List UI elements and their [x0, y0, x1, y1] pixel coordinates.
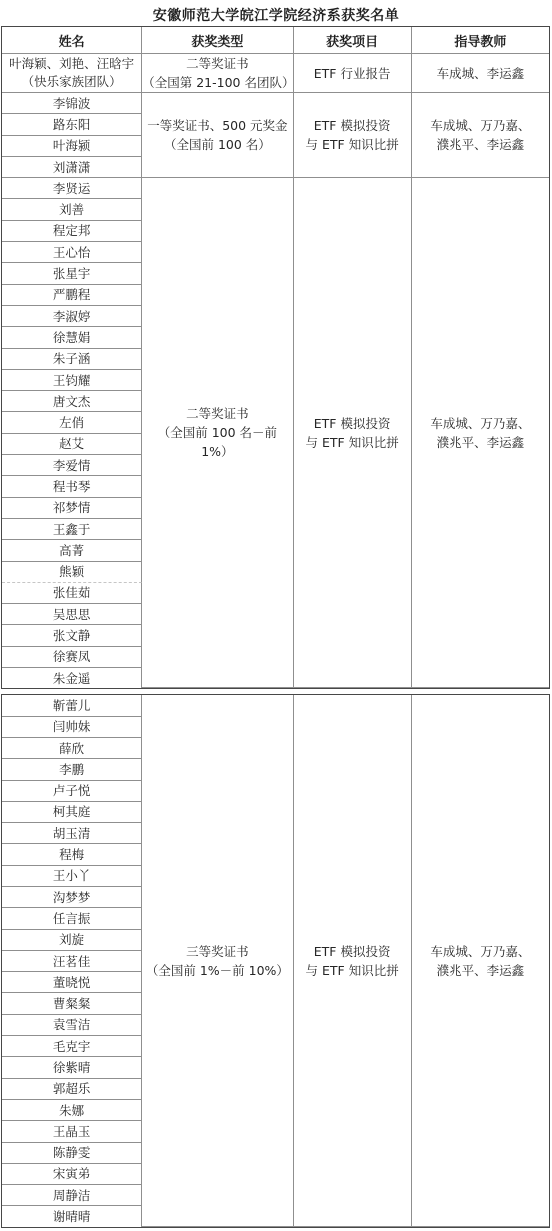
student-name-cell: 郭超乐: [2, 1079, 142, 1100]
advisors-cell: 车成城、万乃嘉、 濮兆平、李运鑫: [412, 695, 549, 1226]
student-name-cell: 高菁: [2, 540, 142, 561]
student-row: 靳蕾儿三等奖证书 （全国前 1%－前 10%）ETF 模拟投资 与 ETF 知识…: [2, 695, 549, 716]
student-name-cell: 宋寅弟: [2, 1164, 142, 1185]
student-name-cell: 程书琴: [2, 476, 142, 497]
student-name-cell: 薛欣: [2, 738, 142, 759]
column-header-0: 姓名: [2, 27, 142, 54]
page-title: 安徽师范大学皖江学院经济系获奖名单: [0, 0, 552, 26]
student-name-cell: 王钧耀: [2, 370, 142, 391]
student-name-cell: 朱娜: [2, 1100, 142, 1121]
student-name-cell: 刘潇潇: [2, 157, 142, 178]
student-name-cell: 谢晴晴: [2, 1206, 142, 1226]
student-name-cell: 唐文杰: [2, 391, 142, 412]
student-name-cell: 靳蕾儿: [2, 695, 142, 716]
student-name-cell: 路东阳: [2, 114, 142, 135]
award-type-cell: 二等奖证书 （全国第 21-100 名团队）: [142, 54, 293, 93]
student-name-cell: 李贤运: [2, 178, 142, 199]
student-name-cell: 王心怡: [2, 242, 142, 263]
student-name-cell: 徐赛凤: [2, 647, 142, 668]
column-header-3: 指导教师: [412, 27, 549, 54]
student-name-cell: 周静洁: [2, 1185, 142, 1206]
student-name-cell: 祁梦情: [2, 498, 142, 519]
student-name-cell: 任言振: [2, 908, 142, 929]
student-name-cell: 曹粲粲: [2, 993, 142, 1014]
awards-table-section-2-frame: 靳蕾儿三等奖证书 （全国前 1%－前 10%）ETF 模拟投资 与 ETF 知识…: [1, 694, 550, 1227]
table-body-page-2: 靳蕾儿三等奖证书 （全国前 1%－前 10%）ETF 模拟投资 与 ETF 知识…: [2, 695, 549, 1226]
student-row: 李贤运二等奖证书 （全国前 100 名－前 1%）ETF 模拟投资 与 ETF …: [2, 178, 549, 199]
student-name-cell: 王小丫: [2, 866, 142, 887]
student-name-cell: 袁雪洁: [2, 1015, 142, 1036]
column-header-1: 获奖类型: [142, 27, 293, 54]
student-name-cell: 叶海颍: [2, 136, 142, 157]
student-name-cell: 汪茗佳: [2, 951, 142, 972]
column-header-2: 获奖项目: [294, 27, 412, 54]
student-name-cell: 赵艾: [2, 434, 142, 455]
awards-table-section-1-frame: 姓名获奖类型获奖项目指导教师 叶海颖、刘艳、汪晗宇 （快乐家族团队）二等奖证书 …: [1, 26, 550, 689]
student-name-cell: 熊颖: [2, 562, 142, 583]
award-type-cell: 三等奖证书 （全国前 1%－前 10%）: [142, 695, 293, 1226]
table-body-page-1: 叶海颖、刘艳、汪晗宇 （快乐家族团队）二等奖证书 （全国第 21-100 名团队…: [2, 54, 549, 688]
student-name-cell: 陈静雯: [2, 1143, 142, 1164]
student-name-cell: 卢子悦: [2, 781, 142, 802]
advisors-cell: 车成城、万乃嘉、 濮兆平、李运鑫: [412, 93, 549, 178]
student-name-cell: 刘善: [2, 199, 142, 220]
award-project-cell: ETF 行业报告: [294, 54, 412, 93]
header-row: 姓名获奖类型获奖项目指导教师: [2, 27, 549, 54]
advisors-cell: 车成城、李运鑫: [412, 54, 549, 93]
student-name-cell: 闫帅妹: [2, 717, 142, 738]
student-name-cell: 左俏: [2, 412, 142, 433]
award-project-cell: ETF 模拟投资 与 ETF 知识比拼: [294, 695, 412, 1226]
student-name-cell: 胡玉清: [2, 823, 142, 844]
student-name-cell: 王晶玉: [2, 1121, 142, 1142]
student-name-cell: 徐紫晴: [2, 1057, 142, 1078]
student-name-cell: 李鹏: [2, 759, 142, 780]
award-type-cell: 二等奖证书 （全国前 100 名－前 1%）: [142, 178, 293, 688]
student-name-cell: 李淑婷: [2, 306, 142, 327]
student-name-cell: 程定邦: [2, 221, 142, 242]
student-name-cell: 程梅: [2, 844, 142, 865]
document-page: 安徽师范大学皖江学院经济系获奖名单 姓名获奖类型获奖项目指导教师 叶海颖、刘艳、…: [0, 0, 552, 1231]
student-name-cell: 徐慧娟: [2, 327, 142, 348]
student-name-cell: 李爱情: [2, 455, 142, 476]
student-row: 叶海颖、刘艳、汪晗宇 （快乐家族团队）二等奖证书 （全国第 21-100 名团队…: [2, 54, 549, 93]
awards-table-section-1: 姓名获奖类型获奖项目指导教师 叶海颖、刘艳、汪晗宇 （快乐家族团队）二等奖证书 …: [2, 27, 549, 688]
student-name-cell: 李锦波: [2, 93, 142, 114]
student-name-cell: 朱金遥: [2, 668, 142, 688]
student-name-cell: 张文静: [2, 625, 142, 646]
student-name-cell: 张佳茹: [2, 583, 142, 604]
student-row: 李锦波一等奖证书、500 元奖金 （全国前 100 名）ETF 模拟投资 与 E…: [2, 93, 549, 114]
award-type-cell: 一等奖证书、500 元奖金 （全国前 100 名）: [142, 93, 293, 178]
student-name-cell: 张星宇: [2, 263, 142, 284]
awards-table-section-2: 靳蕾儿三等奖证书 （全国前 1%－前 10%）ETF 模拟投资 与 ETF 知识…: [2, 695, 549, 1226]
student-name-cell: 董晓悦: [2, 972, 142, 993]
student-name-cell: 吴思思: [2, 604, 142, 625]
award-project-cell: ETF 模拟投资 与 ETF 知识比拼: [294, 178, 412, 688]
table-header: 姓名获奖类型获奖项目指导教师: [2, 27, 549, 54]
student-name-cell: 刘旋: [2, 930, 142, 951]
student-name-cell: 叶海颖、刘艳、汪晗宇 （快乐家族团队）: [2, 54, 142, 93]
student-name-cell: 严鹏程: [2, 285, 142, 306]
student-name-cell: 毛克宇: [2, 1036, 142, 1057]
student-name-cell: 沟梦梦: [2, 887, 142, 908]
student-name-cell: 王鑫于: [2, 519, 142, 540]
student-name-cell: 柯其庭: [2, 802, 142, 823]
advisors-cell: 车成城、万乃嘉、 濮兆平、李运鑫: [412, 178, 549, 688]
student-name-cell: 朱子涵: [2, 349, 142, 370]
award-project-cell: ETF 模拟投资 与 ETF 知识比拼: [294, 93, 412, 178]
